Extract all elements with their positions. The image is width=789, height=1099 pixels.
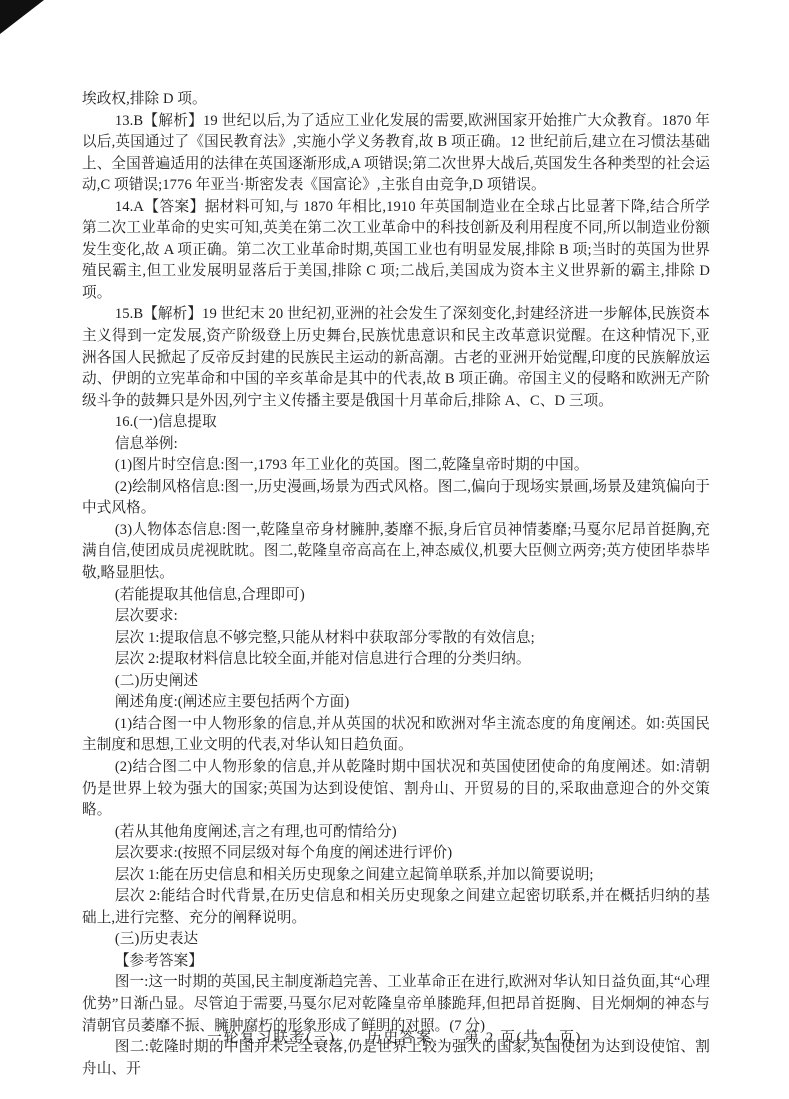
paragraph: (二)历史阐述 — [82, 671, 710, 693]
paragraph: 层次 2:能结合时代背景,在历史信息和相关历史现象之间建立起密切联系,并在概括归… — [82, 886, 710, 929]
paragraph: 13.B【解析】19 世纪以后,为了适应工业化发展的需要,欧洲国家开始推广大众教… — [82, 111, 710, 197]
answer-sheet-page: 埃政权,排除 D 项。13.B【解析】19 世纪以后,为了适应工业化发展的需要,… — [0, 0, 789, 1099]
paragraph: 信息举例: — [82, 434, 710, 456]
answer-text-block: 埃政权,排除 D 项。13.B【解析】19 世纪以后,为了适应工业化发展的需要,… — [82, 89, 710, 1080]
paragraph: 16.(一)信息提取 — [82, 412, 710, 434]
paragraph: (3)人物体态信息:图一,乾隆皇帝身材臃肿,萎靡不振,身后官员神情萎靡;马戛尔尼… — [82, 520, 710, 585]
paragraph: 【参考答案】 — [82, 951, 710, 973]
paragraph: (2)结合图二中人物形象的信息,并从乾隆时期中国状况和英国使团使命的角度阐述。如… — [82, 757, 710, 822]
paragraph: 埃政权,排除 D 项。 — [82, 89, 710, 111]
page-footer: 一轮复习联考(三) 历史答案 第 2 页(共 4 页) — [0, 1026, 789, 1047]
paragraph: 层次 1:提取信息不够完整,只能从材料中获取部分零散的有效信息; — [82, 628, 710, 650]
footer-exam-name: 一轮复习联考(三) — [207, 1026, 336, 1047]
paragraph: (若能提取其他信息,合理即可) — [82, 585, 710, 607]
paragraph: 层次 1:能在历史信息和相关历史现象之间建立起简单联系,并加以简要说明; — [82, 865, 710, 887]
footer-page-number: 第 2 页(共 4 页) — [464, 1026, 582, 1047]
footer-subject: 历史答案 — [367, 1026, 433, 1047]
paragraph: 15.B【解析】19 世纪末 20 世纪初,亚洲的社会发生了深刻变化,封建经济进… — [82, 304, 710, 412]
paragraph: 层次要求:(按照不同层级对每个角度的阐述进行评价) — [82, 843, 710, 865]
paragraph: 层次要求: — [82, 606, 710, 628]
paragraph: (2)绘制风格信息:图一,历史漫画,场景为西式风格。图二,偏向于现场实景画,场景… — [82, 477, 710, 520]
corner-fold-icon — [0, 0, 44, 34]
paragraph: 层次 2:提取材料信息比较全面,并能对信息进行合理的分类归纳。 — [82, 649, 710, 671]
paragraph: 14.A【答案】据材料可知,与 1870 年相比,1910 年英国制造业在全球占… — [82, 197, 710, 305]
paragraph: (1)图片时空信息:图一,1793 年工业化的英国。图二,乾隆皇帝时期的中国。 — [82, 455, 710, 477]
paragraph: (若从其他角度阐述,言之有理,也可酌情给分) — [82, 822, 710, 844]
paragraph: (三)历史表达 — [82, 929, 710, 951]
paragraph: (1)结合图一中人物形象的信息,并从英国的状况和欧洲对华主流态度的角度阐述。如:… — [82, 714, 710, 757]
paragraph: 阐述角度:(阐述应主要包括两个方面) — [82, 692, 710, 714]
